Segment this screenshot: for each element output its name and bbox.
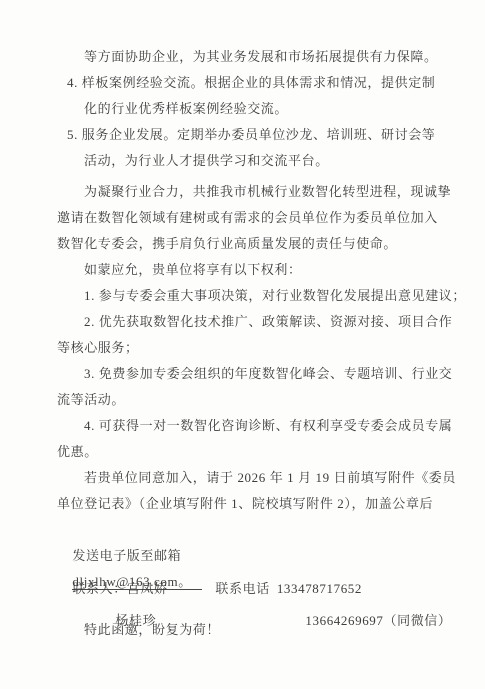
email-line: 发送电子版至邮箱 dljxlhw@163.com。: [57, 517, 459, 543]
list-item-4: 4. 样板案例经验交流。根据企业的具体需求和情况，提供定制: [57, 70, 459, 96]
right-item-3-cont: 流等活动。: [57, 387, 459, 413]
right-item-2-cont: 等核心服务；: [57, 335, 459, 361]
para-invite-line2: 邀请在数智化领域有建树或有需求的会员单位作为委员单位加入: [57, 205, 459, 231]
contact-phone-label: 联系电话: [215, 581, 269, 596]
right-item-4-cont: 优惠。: [57, 439, 459, 465]
para-invite-line3: 数智化专委会，携手肩负行业高质量发展的责任与使命。: [57, 231, 459, 257]
contact-phone-2: 13664269697（同微信）: [305, 613, 451, 628]
para-rights-intro: 如蒙应允，贵单位将享有以下权利：: [57, 257, 459, 283]
right-item-1: 1. 参与专委会重大事项决策，对行业数智化发展提出意见建议；: [57, 283, 459, 309]
list-item-5: 5. 服务企业发展。定期举办委员单位沙龙、培训班、研讨会等: [57, 122, 459, 148]
para-join-line1: 若贵单位同意加入，请于 2026 年 1 月 19 日前填写附件《委员: [57, 465, 459, 491]
document-page: 等方面协助企业，为其业务发展和市场拓展提供有力保障。 4. 样板案例经验交流。根…: [0, 0, 485, 689]
body-line-hang: 等方面协助企业，为其业务发展和市场拓展提供有力保障。: [57, 44, 459, 70]
contact-phone-1: 133478717652: [270, 581, 362, 596]
para-invite-line1: 为凝聚行业合力，共推我市机械行业数智化转型进程，现诚挚: [57, 179, 459, 205]
contact-person-1: 联系人：宫凤娇: [72, 576, 215, 602]
right-item-3: 3. 免费参加专委会组织的年度数智化峰会、专题培训、行业交: [57, 361, 459, 387]
para-join-line2: 单位登记表》（企业填写附件 1、院校填写附件 2），加盖公章后: [57, 491, 459, 517]
right-item-2: 2. 优先获取数智化技术推广、政策解读、资源对接、项目合作: [57, 309, 459, 335]
right-item-4: 4. 可获得一对一数智化咨询诊断、有权利享受专委会成员专属: [57, 413, 459, 439]
list-item-5-cont: 活动，为行业人才提供学习和交流平台。: [57, 148, 459, 174]
email-line-prefix: 发送电子版至邮箱: [72, 548, 185, 563]
list-item-4-cont: 化的行业优秀样板案例经验交流。: [57, 96, 459, 122]
